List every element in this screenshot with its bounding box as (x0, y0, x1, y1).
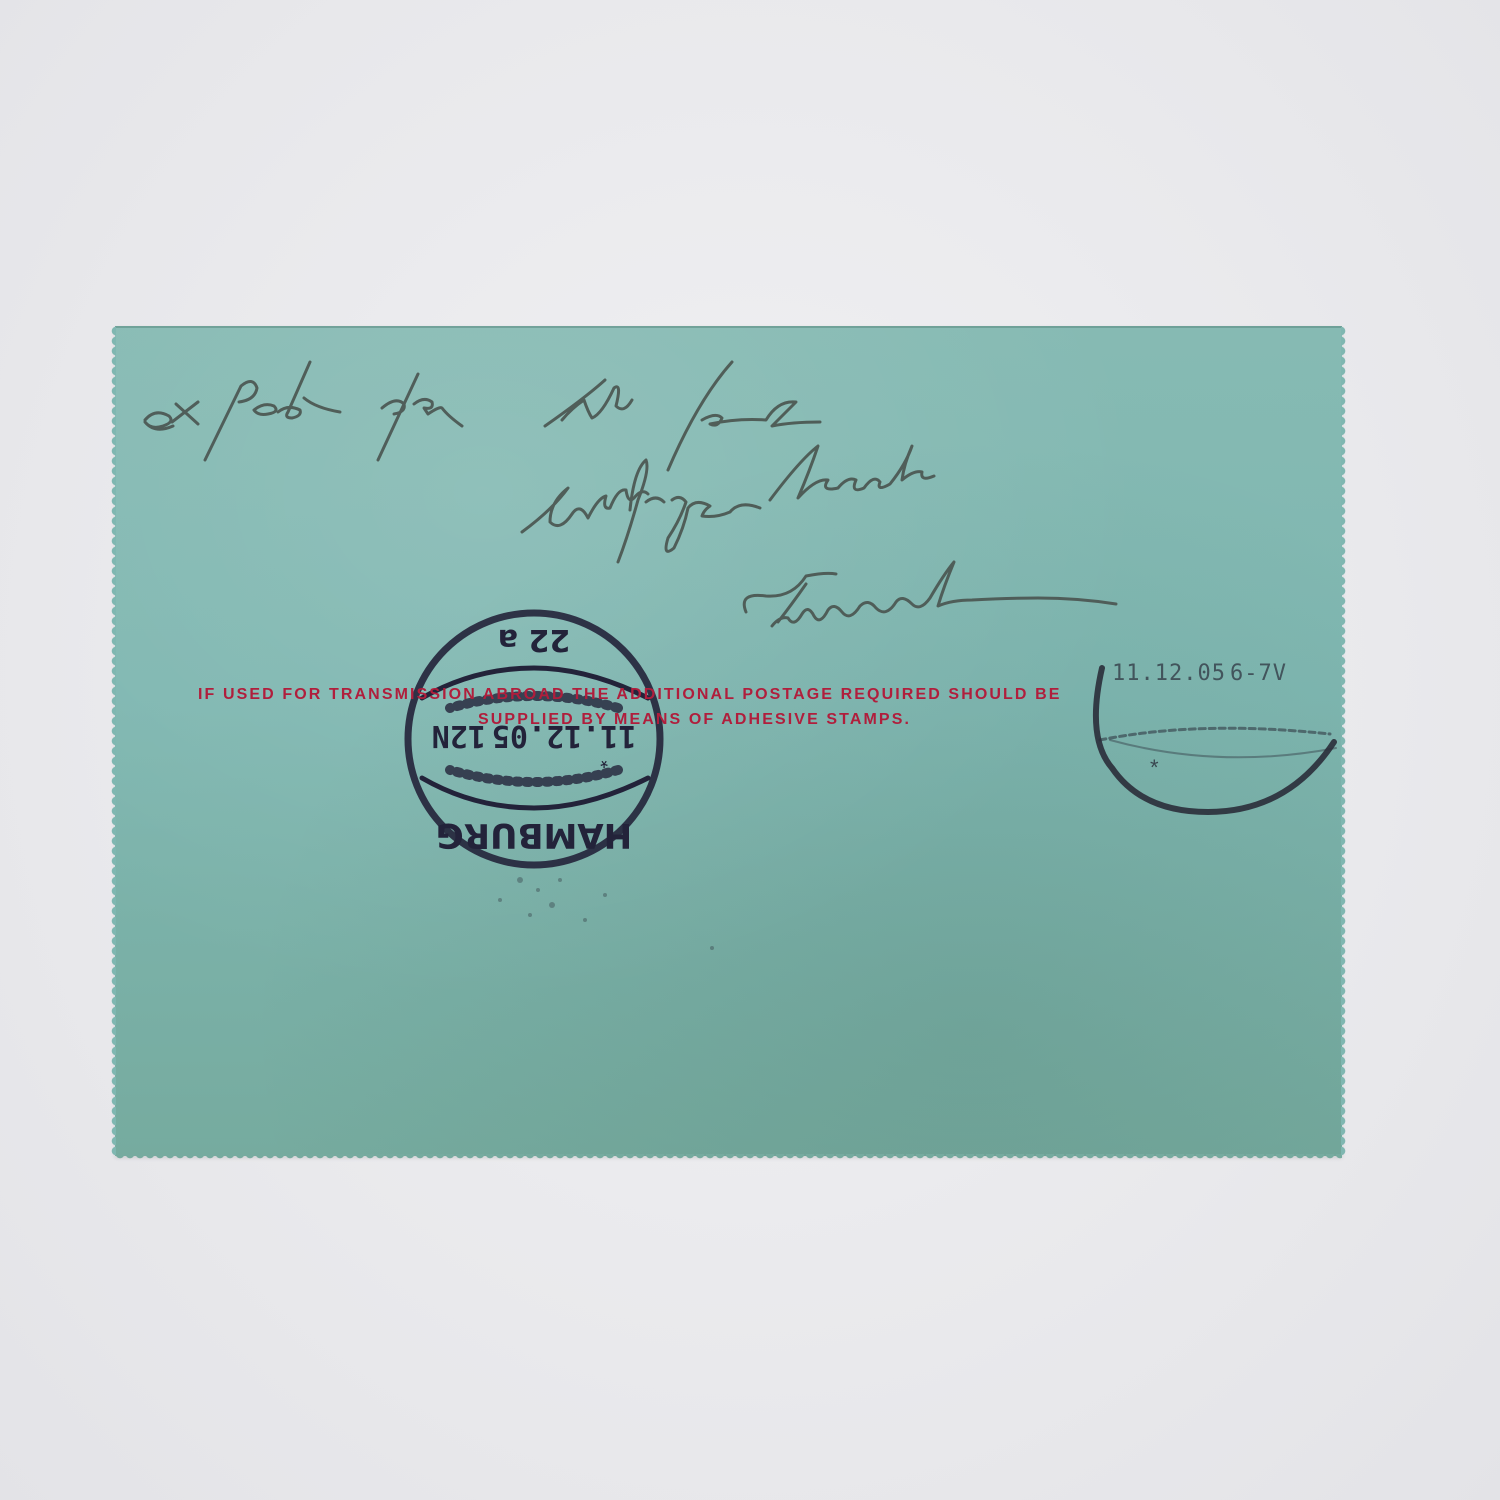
svg-text:*: * (1150, 755, 1159, 780)
printed-notice-line-1: IF USED FOR TRANSMISSION ABROAD THE ADDI… (198, 684, 1328, 706)
svg-text:11.12.056-7V: 11.12.056-7V (1112, 661, 1287, 686)
svg-text:HAMBURG: HAMBURG (436, 815, 632, 855)
svg-text:22 a: 22 a (498, 622, 570, 657)
card-artwork: HAMBURG 11.12.0512N 22 a * 11.12.056-7V … (0, 0, 1500, 1500)
handwritten-address (145, 362, 1116, 626)
svg-text:*: * (600, 749, 608, 771)
hamburg-postmark: HAMBURG 11.12.0512N 22 a * (408, 613, 660, 865)
ink-smudge (498, 877, 714, 950)
printed-notice-line-2: SUPPLIED BY MEANS OF ADHESIVE STAMPS. (478, 709, 1078, 731)
